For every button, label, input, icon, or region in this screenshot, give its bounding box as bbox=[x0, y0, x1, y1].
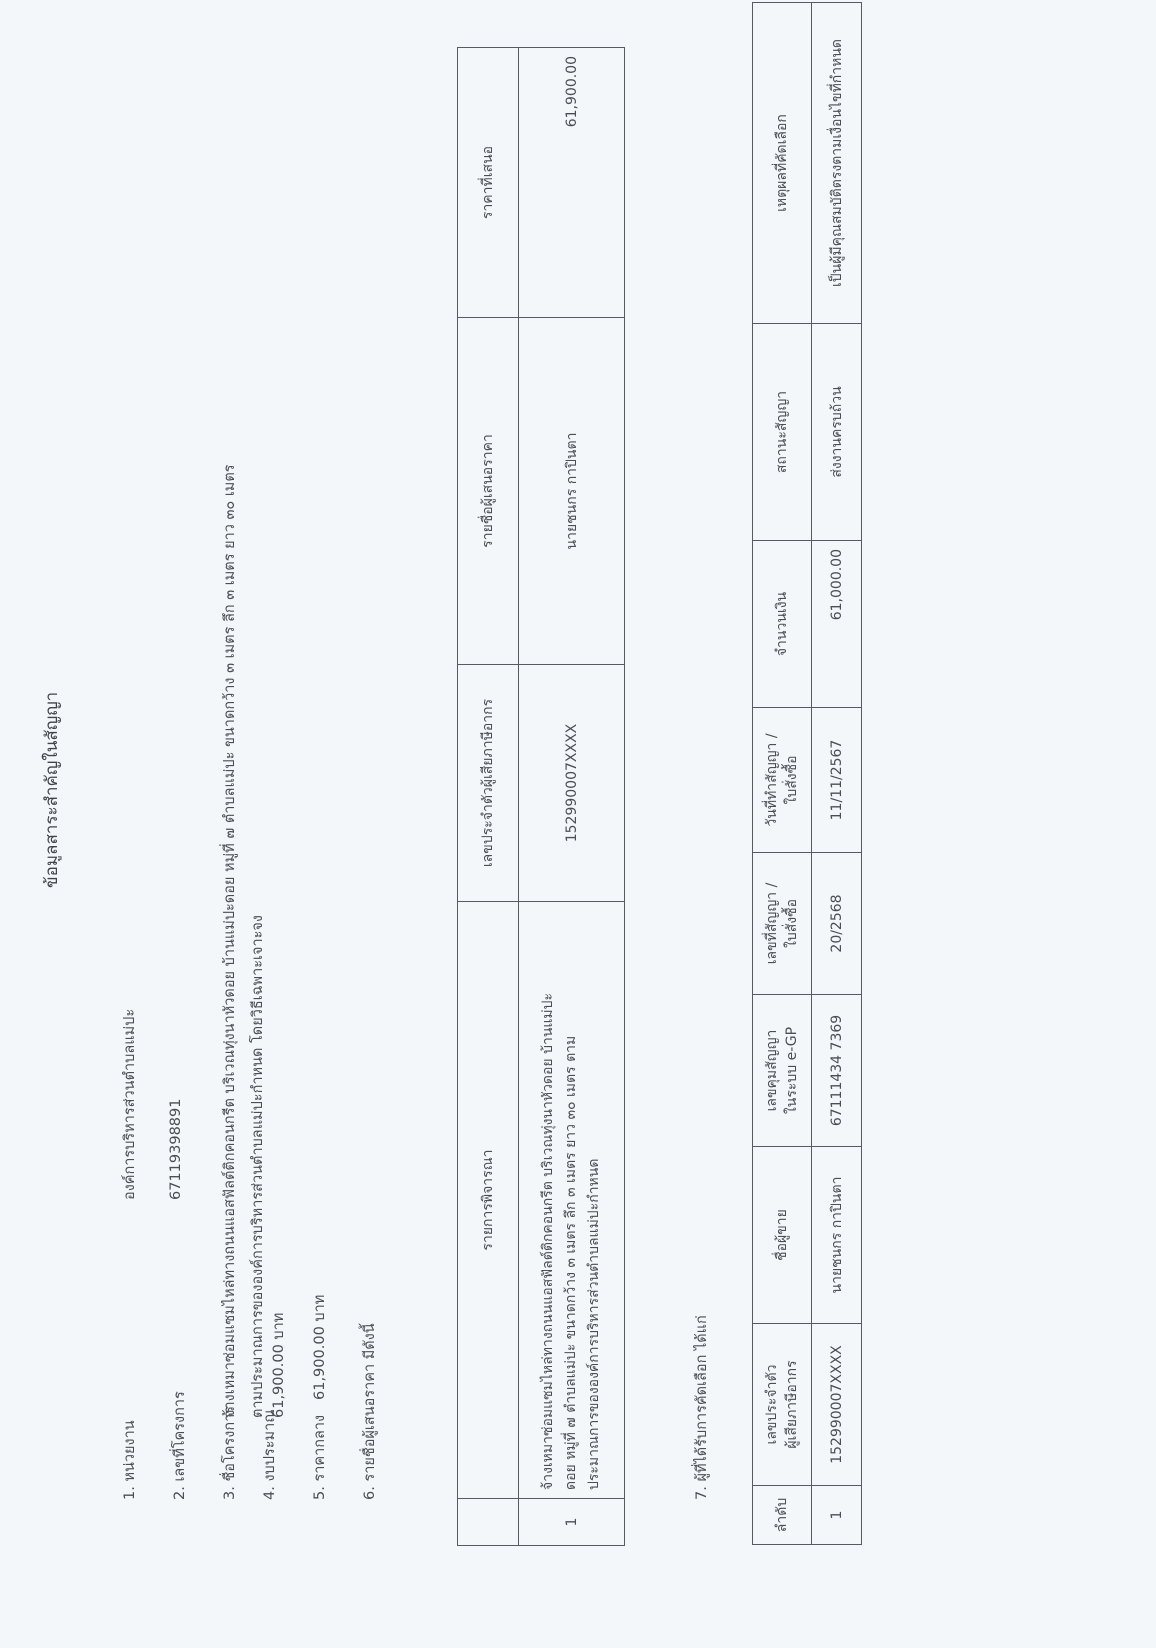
col-header-amount: จำนวนเงิน bbox=[753, 541, 812, 708]
col-header-item: รายการพิจารณา bbox=[458, 902, 519, 1499]
item-line: จ้างเหมาซ่อมแซมไหล่ทางถนนแอสฟัลต์ติกคอนก… bbox=[537, 910, 560, 1490]
cell-price: 61,900.00 bbox=[519, 48, 625, 318]
cell-status: ส่งงานครบถ้วน bbox=[812, 324, 862, 541]
header-line: วันที่ทำสัญญา / bbox=[762, 716, 782, 844]
table-header-row: ลำดับ เลขประจำตัวผู้เสียภาษีอากร ชื่อผู้… bbox=[753, 3, 812, 1545]
header-line: เลขประจำตัว bbox=[762, 1332, 782, 1477]
section7-heading: 7. ผู้ที่ได้รับการคัดเลือก ได้แก่ bbox=[690, 1315, 713, 1500]
cell-item: จ้างเหมาซ่อมแซมไหล่ทางถนนแอสฟัลต์ติกคอนก… bbox=[519, 902, 625, 1499]
col-header-tax-id: เลขประจำตัวผู้เสียภาษีอากร bbox=[753, 1324, 812, 1486]
field-value-project-name: จ้างเหมาซ่อมแซมไหล่ทางถนนแอสฟัลต์ติกคอนก… bbox=[218, 464, 241, 1418]
field-label-project-name: 3. ชื่อโครงการ bbox=[218, 1406, 241, 1500]
col-header-contract-no: เลขที่สัญญา /ใบสั่งซื้อ bbox=[753, 853, 812, 995]
bidders-table: รายการพิจารณา เลขประจำตัวผู้เสียภาษีอากร… bbox=[457, 47, 625, 1546]
section6-heading: 6. รายชื่อผู้เสนอราคา มีดังนี้ bbox=[358, 1323, 381, 1500]
field-value-median-price: 61,900.00 บาท bbox=[308, 1295, 331, 1400]
item-line: ประมาณการขององค์การบริหารส่วนตำบลแม่ปะกำ… bbox=[583, 910, 606, 1490]
budget-method: ตามประมาณการขององค์การบริหารส่วนตำบลแม่ป… bbox=[248, 915, 269, 1418]
header-line: เหตุผลที่คัดเลือก bbox=[772, 11, 792, 315]
col-header-contract-date: วันที่ทำสัญญา /ใบสั่งซื้อ bbox=[753, 708, 812, 853]
table-header-row: รายการพิจารณา เลขประจำตัวผู้เสียภาษีอากร… bbox=[458, 48, 519, 1546]
field-value-budget: ตามประมาณการขององค์การบริหารส่วนตำบลแม่ป… bbox=[248, 915, 290, 1418]
table-row: 1 จ้างเหมาซ่อมแซมไหล่ทางถนนแอสฟัลต์ติกคอ… bbox=[519, 48, 625, 1546]
header-line: สถานะสัญญา bbox=[772, 332, 792, 532]
header-line: ในระบบ e-GP bbox=[782, 1003, 802, 1138]
col-header-tax-id: เลขประจำตัวผู้เสียภาษีอากร bbox=[458, 665, 519, 902]
document-title: ข้อมูลสาระสำคัญในสัญญา bbox=[38, 692, 65, 888]
field-label-project-number: 2. เลขที่โครงการ bbox=[168, 1391, 191, 1500]
header-line: เลขที่สัญญา / bbox=[762, 861, 782, 986]
field-value-project-number: 67119398891 bbox=[168, 1099, 184, 1200]
header-line: ใบสั่งซื้อ bbox=[782, 861, 802, 986]
cell-seller: นายชนกร กาปินตา bbox=[812, 1147, 862, 1324]
field-label-agency: 1. หน่วยงาน bbox=[118, 1420, 141, 1500]
cell-tax-id: 152990007XXXX bbox=[812, 1324, 862, 1486]
col-header-reason: เหตุผลที่คัดเลือก bbox=[753, 3, 812, 324]
col-header-no: ลำดับ bbox=[753, 1486, 812, 1545]
col-header-status: สถานะสัญญา bbox=[753, 324, 812, 541]
header-line: ผู้เสียภาษีอากร bbox=[782, 1332, 802, 1477]
table-row: 1 152990007XXXX นายชนกร กาปินตา 67111434… bbox=[812, 3, 862, 1545]
cell-no: 1 bbox=[812, 1486, 862, 1545]
cell-bidder: นายชนกร กาปินตา bbox=[519, 318, 625, 665]
header-line: เลขคุมสัญญา bbox=[762, 1003, 782, 1138]
header-line: ใบสั่งซื้อ bbox=[782, 716, 802, 844]
cell-amount: 61,000.00 bbox=[812, 541, 862, 708]
cell-reason: เป็นผู้มีคุณสมบัติตรงตามเงื่อนไขที่กำหนด bbox=[812, 3, 862, 324]
cell-tax-id: 152990007XXXX bbox=[519, 665, 625, 902]
field-label-budget: 4. งบประมาณ bbox=[258, 1409, 281, 1500]
cell-egp-no: 67111434 7369 bbox=[812, 995, 862, 1147]
selected-vendor-table: ลำดับ เลขประจำตัวผู้เสียภาษีอากร ชื่อผู้… bbox=[752, 2, 862, 1545]
header-line: ชื่อผู้ขาย bbox=[772, 1155, 792, 1315]
col-header-no bbox=[458, 1499, 519, 1546]
cell-contract-no: 20/2568 bbox=[812, 853, 862, 995]
cell-no: 1 bbox=[519, 1499, 625, 1546]
field-value-agency: องค์การบริหารส่วนตำบลแม่ปะ bbox=[118, 1009, 141, 1200]
col-header-price: ราคาที่เสนอ bbox=[458, 48, 519, 318]
item-line: ดอย หมู่ที่ ๗ ตำบลแม่ปะ ขนาดกว้าง ๓ เมตร… bbox=[560, 910, 583, 1490]
header-line: ลำดับ bbox=[772, 1494, 792, 1536]
col-header-bidder: รายชื่อผู้เสนอราคา bbox=[458, 318, 519, 665]
col-header-seller: ชื่อผู้ขาย bbox=[753, 1147, 812, 1324]
cell-contract-date: 11/11/2567 bbox=[812, 708, 862, 853]
header-line: จำนวนเงิน bbox=[772, 549, 792, 699]
col-header-egp: เลขคุมสัญญาในระบบ e-GP bbox=[753, 995, 812, 1147]
field-label-median-price: 5. ราคากลาง bbox=[308, 1415, 331, 1500]
document-page: ข้อมูลสาระสำคัญในสัญญา 1. หน่วยงาน องค์ก… bbox=[0, 0, 1156, 1648]
budget-amount: 61,900.00 บาท bbox=[269, 915, 290, 1418]
